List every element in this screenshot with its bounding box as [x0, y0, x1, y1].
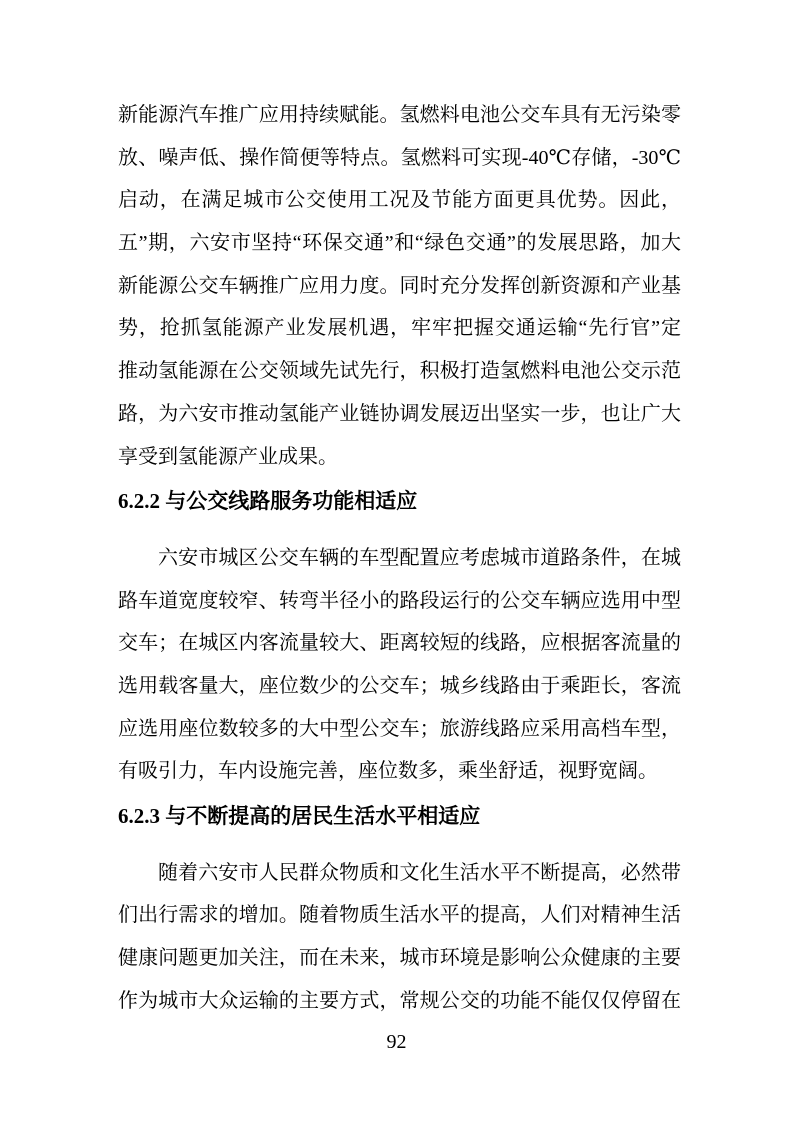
paragraph-line: 作为城市大众运输的主要方式，常规公交的功能不能仅仅停留在实现	[118, 980, 681, 1023]
paragraph-line: 路车道宽度较窄、转弯半径小的路段运行的公交车辆应选用中型的公	[118, 580, 681, 623]
section-heading-6-2-2: 6.2.2 与公交线路服务功能相适应	[118, 480, 681, 523]
paragraph-line: 势，抢抓氢能源产业发展机遇，牢牢把握交通运输“先行官”定位，	[118, 307, 681, 350]
paragraph-line: 享受到氢能源产业成果。	[118, 436, 681, 479]
paragraph-line: 启动，在满足城市公交使用工况及节能方面更具优势。因此，“十四	[118, 179, 681, 222]
paragraph-line: 推动氢能源在公交领域先试先行，积极打造氢燃料电池公交示范线	[118, 350, 681, 393]
section-heading-6-2-3: 6.2.3 与不断提高的居民生活水平相适应	[118, 795, 681, 838]
paragraph-line: 新能源公交车辆推广应用力度。同时充分发挥创新资源和产业基础优	[118, 265, 681, 308]
page-body-text: 新能源汽车推广应用持续赋能。氢燃料电池公交车具有无污染零排 放、噪声低、操作简便…	[118, 94, 681, 1022]
paragraph-line: 放、噪声低、操作简便等特点。氢燃料可实现-40℃存储，-30℃低温	[118, 137, 681, 180]
paragraph-line: 交车；在城区内客流量较大、距离较短的线路，应根据客流量的特点	[118, 622, 681, 665]
paragraph-line: 有吸引力，车内设施完善，座位数多，乘坐舒适，视野宽阔。	[118, 750, 681, 793]
paragraph-line: 六安市城区公交车辆的车型配置应考虑城市道路条件，在城市道	[118, 537, 681, 580]
paragraph-line: 选用载客量大，座位数少的公交车；城乡线路由于乘距长，客流较大，	[118, 665, 681, 708]
page-number: 92	[0, 1030, 793, 1054]
paragraph-line: 五”期，六安市坚持“环保交通”和“绿色交通”的发展思路，加大	[118, 222, 681, 265]
paragraph-line: 应选用座位数较多的大中型公交车；旅游线路应采用高档车型，外观	[118, 708, 681, 751]
paragraph-line: 健康问题更加关注，而在未来，城市环境是影响公众健康的主要因素。	[118, 937, 681, 980]
paragraph-line: 路，为六安市推动氢能产业链协调发展迈出坚实一步，也让广大市民	[118, 393, 681, 436]
paragraph-line: 随着六安市人民群众物质和文化生活水平不断提高，必然带来人	[118, 852, 681, 895]
paragraph-line: 新能源汽车推广应用持续赋能。氢燃料电池公交车具有无污染零排	[118, 94, 681, 137]
paragraph-line: 们出行需求的增加。随着物质生活水平的提高，人们对精神生活以及	[118, 894, 681, 937]
document-page: 新能源汽车推广应用持续赋能。氢燃料电池公交车具有无污染零排 放、噪声低、操作简便…	[0, 0, 793, 1122]
